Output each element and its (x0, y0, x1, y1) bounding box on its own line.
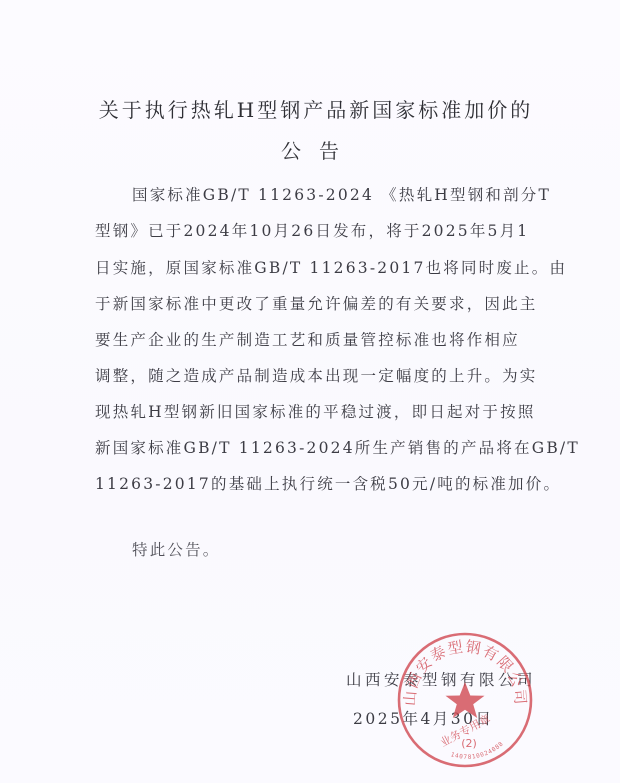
body-line: 要生产企业的生产制造工艺和质量管控标准也将作相应 (95, 328, 555, 350)
body-line: 新国家标准GB/T 11263-2024所生产销售的产品将在GB/T (95, 436, 555, 458)
star-icon (446, 682, 485, 718)
closing-statement: 特此公告。 (132, 538, 221, 560)
body-line: 国家标准GB/T 11263-2024 《热轧H型钢和剖分T (132, 183, 592, 205)
document-title: 关于执行热轧H型钢产品新国家标准加价的 (6, 94, 620, 123)
body-line: 现热轧H型钢新旧国家标准的平稳过渡，即日起对于按照 (95, 400, 555, 422)
body-line: 日实施，原国家标准GB/T 11263-2017也将同时废止。由 (95, 256, 555, 278)
body-line: 型钢》已于2024年10月26日发布，将于2025年5月1 (95, 219, 555, 241)
document-page: 关于执行热轧H型钢产品新国家标准加价的 公告 国家标准GB/T 11263-20… (0, 0, 620, 783)
body-line: 调整，随之造成产品制造成本出现一定幅度的上升。为实 (95, 364, 555, 386)
body-line: 11263-2017的基础上执行统一含税50元/吨的标准加价。 (95, 472, 555, 494)
document-title-subtitle: 公告 (0, 135, 620, 164)
body-line: 于新国家标准中更改了重量允许偏差的有关要求，因此主 (95, 292, 555, 314)
company-seal-stamp: 山西安泰型钢有限公司 业务专用章 (2) 1407810024088 (395, 630, 535, 770)
stamp-number-label: (2) (461, 737, 477, 750)
